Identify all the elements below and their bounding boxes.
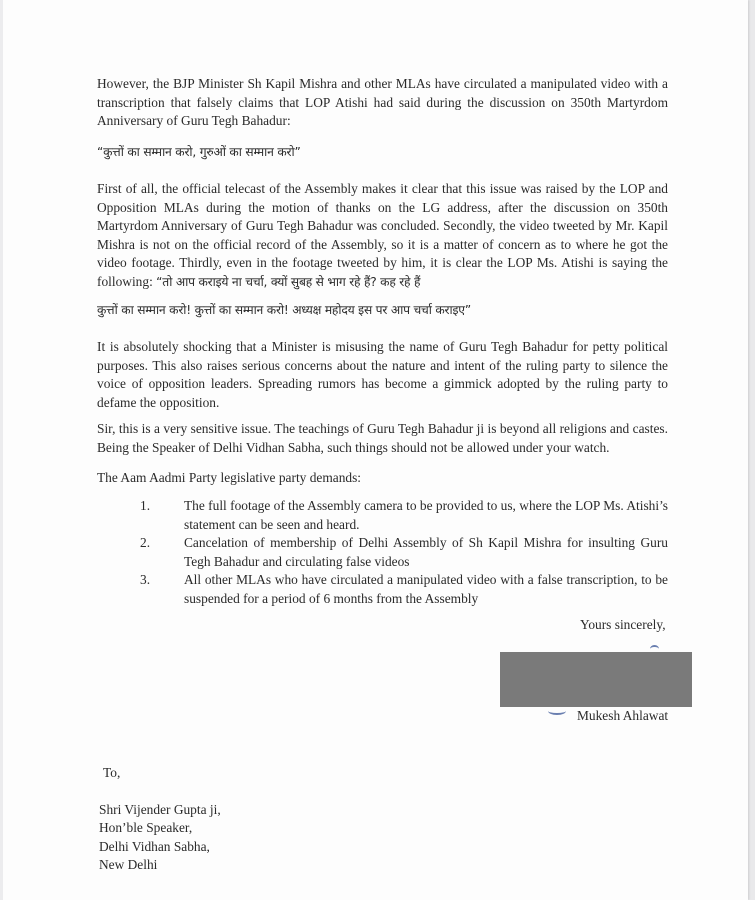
letter-page: However, the BJP Minister Sh Kapil Mishr…: [0, 0, 748, 900]
signature-stroke: [548, 707, 566, 715]
demand-text: All other MLAs who have circulated a man…: [184, 571, 668, 608]
demand-number: 2.: [140, 534, 184, 571]
demand-number: 1.: [140, 497, 184, 534]
closing-salutation: Yours sincerely,: [580, 617, 666, 633]
redacted-signature-block: [500, 652, 692, 707]
paragraph-demands-intro: The Aam Aadmi Party legislative party de…: [97, 469, 668, 488]
demand-text: The full footage of the Assembly camera …: [184, 497, 668, 534]
paragraph-shocking-misuse: It is absolutely shocking that a Ministe…: [97, 338, 668, 412]
paragraph-official-telecast: First of all, the official telecast of t…: [97, 180, 668, 292]
address-line-name: Shri Vijender Gupta ji,: [99, 801, 221, 819]
quoted-false-transcription: “कुत्तों का सम्मान करो, गुरुओं का सम्मान…: [97, 143, 668, 162]
quoted-actual-statement-end: कुत्तों का सम्मान करो! कुत्तों का सम्मान…: [97, 301, 668, 320]
demand-text: Cancelation of membership of Delhi Assem…: [184, 534, 668, 571]
demand-number: 3.: [140, 571, 184, 608]
demand-item: 2. Cancelation of membership of Delhi As…: [140, 534, 668, 571]
address-line-institution: Delhi Vidhan Sabha,: [99, 838, 221, 856]
demand-item: 1. The full footage of the Assembly came…: [140, 497, 668, 534]
demand-item: 3. All other MLAs who have circulated a …: [140, 571, 668, 608]
address-line-title: Hon’ble Speaker,: [99, 819, 221, 837]
paragraph-sensitive-issue: Sir, this is a very sensitive issue. The…: [97, 420, 668, 457]
demands-list: 1. The full footage of the Assembly came…: [140, 497, 668, 609]
paragraph-official-telecast-text: First of all, the official telecast of t…: [97, 181, 668, 289]
quoted-actual-statement-start: “तो आप कराइये ना चर्चा, क्यों सुबह से भा…: [156, 275, 420, 289]
paragraph-manipulated-video-claim: However, the BJP Minister Sh Kapil Mishr…: [97, 75, 668, 131]
signatory-name: Mukesh Ahlawat: [577, 708, 668, 724]
address-line-city: New Delhi: [99, 856, 221, 874]
recipient-address: Shri Vijender Gupta ji, Hon’ble Speaker,…: [99, 801, 221, 875]
to-label: To,: [103, 765, 120, 781]
